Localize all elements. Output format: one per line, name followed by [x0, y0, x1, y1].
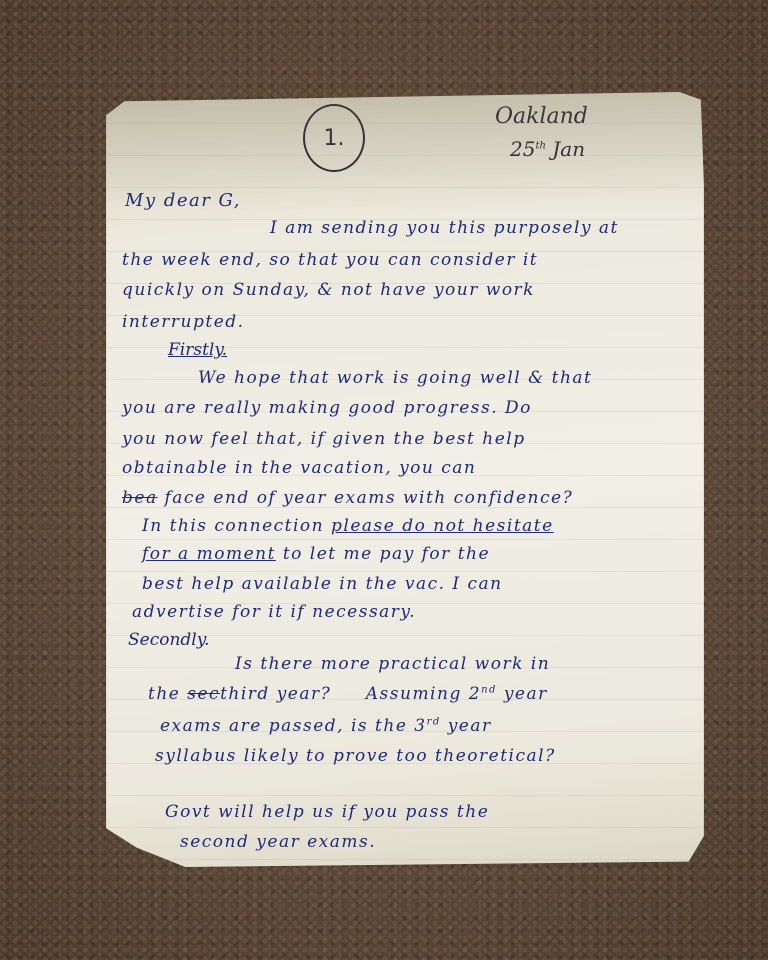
body-line: advertise for it if necessary. — [132, 602, 416, 622]
letter-page: 1. Oakland 25th Jan My dear G, I am send… — [100, 92, 710, 867]
salutation: My dear G, — [125, 190, 241, 211]
body-line: Is there more practical work in — [235, 654, 550, 674]
date-month: Jan — [552, 137, 585, 161]
body-line: exams are passed, is the 3rd year — [160, 716, 492, 736]
struck-word: bea — [122, 488, 158, 508]
body-line: you now feel that, if given the best hel… — [122, 429, 526, 449]
body-line: quickly on Sunday, & not have your work — [122, 280, 535, 300]
body-line: In this connection please do not hesitat… — [142, 516, 554, 536]
body-line: syllabus likely to prove too theoretical… — [155, 746, 556, 766]
body-line: interrupted. — [122, 312, 245, 332]
body-line: We hope that work is going well & that — [198, 368, 592, 388]
body-line: the week end, so that you can consider i… — [122, 250, 538, 270]
date-suffix: th — [535, 140, 545, 151]
body-line: you are really making good progress. Do — [122, 398, 532, 418]
struck-word: sec — [187, 684, 220, 704]
letter-date: 25th Jan — [510, 137, 585, 161]
body-line: bea face end of year exams with confiden… — [122, 488, 573, 508]
date-day: 25 — [510, 137, 535, 161]
body-line: obtainable in the vacation, you can — [122, 458, 476, 478]
page-number: 1. — [324, 126, 345, 151]
section-heading-firstly: Firstly. — [168, 340, 227, 360]
underlined-phrase: for a moment — [142, 544, 276, 564]
page-number-circle: 1. — [303, 104, 365, 172]
body-line: best help available in the vac. I can — [142, 574, 503, 594]
body-line: the secthird year? Assuming 2nd year — [148, 684, 548, 704]
letter-place: Oakland — [495, 104, 588, 129]
underlined-phrase: please do not hesitate — [331, 516, 554, 536]
closing-line: Govt will help us if you pass the — [165, 802, 489, 822]
closing-line: second year exams. — [180, 832, 376, 852]
body-line: for a moment to let me pay for the — [142, 544, 490, 564]
body-line: I am sending you this purposely at — [270, 218, 619, 238]
section-heading-secondly: Secondly. — [128, 630, 209, 650]
